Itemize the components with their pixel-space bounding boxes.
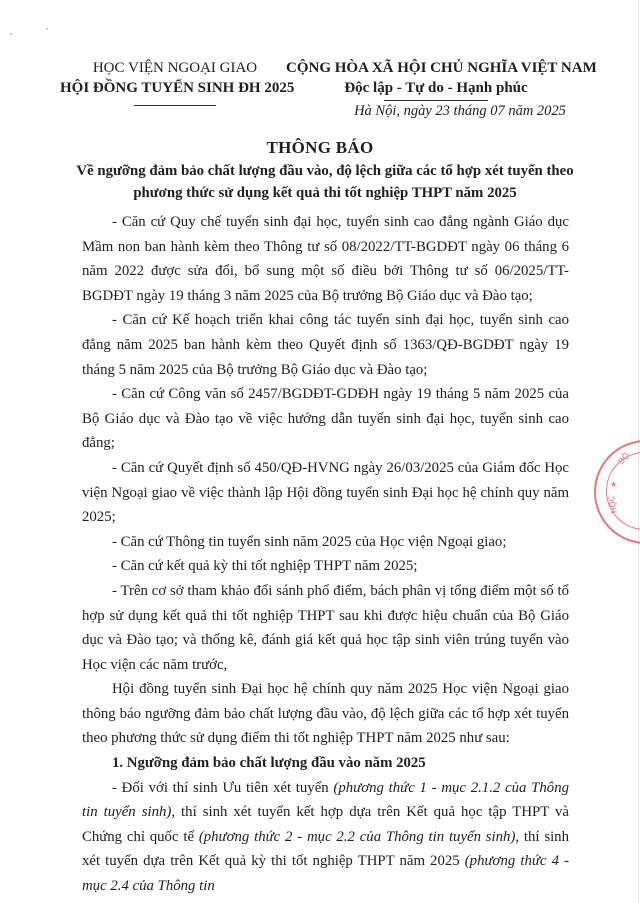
section-paragraph: - Đối với thí sinh Ưu tiên xét tuyển (ph… [82, 776, 569, 899]
legal-basis-paragraph: - Căn cứ kết quả kỳ thi tốt nghiệp THPT … [82, 554, 569, 579]
legal-basis-paragraph: - Căn cứ Kế hoạch triển khai công tác tu… [82, 308, 569, 382]
document-body: - Căn cứ Quy chế tuyển sinh đại học, tuy… [82, 210, 569, 899]
motto-underline [384, 100, 488, 101]
scan-speck [10, 33, 12, 35]
org-underline [134, 105, 216, 106]
legal-basis-paragraph: - Trên cơ sở tham khảo đối sánh phổ điểm… [82, 579, 569, 677]
document-page: HỌC VIỆN NGOẠI GIAO HỘI ĐỒNG TUYỂN SINH … [0, 0, 640, 903]
document-title: THÔNG BÁO [0, 138, 640, 158]
red-seal-stamp: ★ BỘ HỌC [594, 440, 640, 544]
announcement-paragraph: Hội đồng tuyển sinh Đại học hệ chính quy… [82, 677, 569, 751]
subtitle-line: Về ngưỡng đảm bảo chất lượng đầu vào, độ… [60, 160, 590, 182]
issuing-organization: HỌC VIỆN NGOẠI GIAO HỘI ĐỒNG TUYỂN SINH … [60, 58, 290, 106]
section-heading: 1. Ngưỡng đảm bảo chất lượng đầu vào năm… [82, 751, 569, 776]
nation-name: CỘNG HÒA XÃ HỘI CHỦ NGHĨA VIỆT NAM [286, 58, 586, 78]
scan-speck [46, 28, 48, 30]
org-name: HỌC VIỆN NGOẠI GIAO [60, 58, 290, 78]
legal-basis-paragraph: - Căn cứ Công văn số 2457/BGDĐT-GDĐH ngà… [82, 382, 569, 456]
italic-reference: (phương thức 2 - mục 2.2 của Thông tin t… [199, 829, 516, 845]
document-date: Hà Nội, ngày 23 tháng 07 năm 2025 [330, 103, 590, 120]
national-motto: Độc lập - Tự do - Hạnh phúc [286, 78, 586, 99]
legal-basis-paragraph: - Căn cứ Thông tin tuyển sinh năm 2025 c… [82, 530, 569, 555]
national-header: CỘNG HÒA XÃ HỘI CHỦ NGHĨA VIỆT NAM Độc l… [286, 58, 586, 101]
council-name: HỘI ĐỒNG TUYỂN SINH ĐH 2025 [60, 78, 290, 99]
text-run: - Đối với thí sinh Ưu tiên xét tuyển [112, 780, 333, 796]
legal-basis-paragraph: - Căn cứ Quy chế tuyển sinh đại học, tuy… [82, 210, 569, 308]
legal-basis-paragraph: - Căn cứ Quyết định số 450/QĐ-HVNG ngày … [82, 456, 569, 530]
stamp-star-icon: ★ [610, 480, 617, 489]
subtitle-line: phương thức sử dụng kết quả thi tốt nghi… [60, 182, 590, 204]
document-subtitle: Về ngưỡng đảm bảo chất lượng đầu vào, độ… [60, 160, 590, 204]
